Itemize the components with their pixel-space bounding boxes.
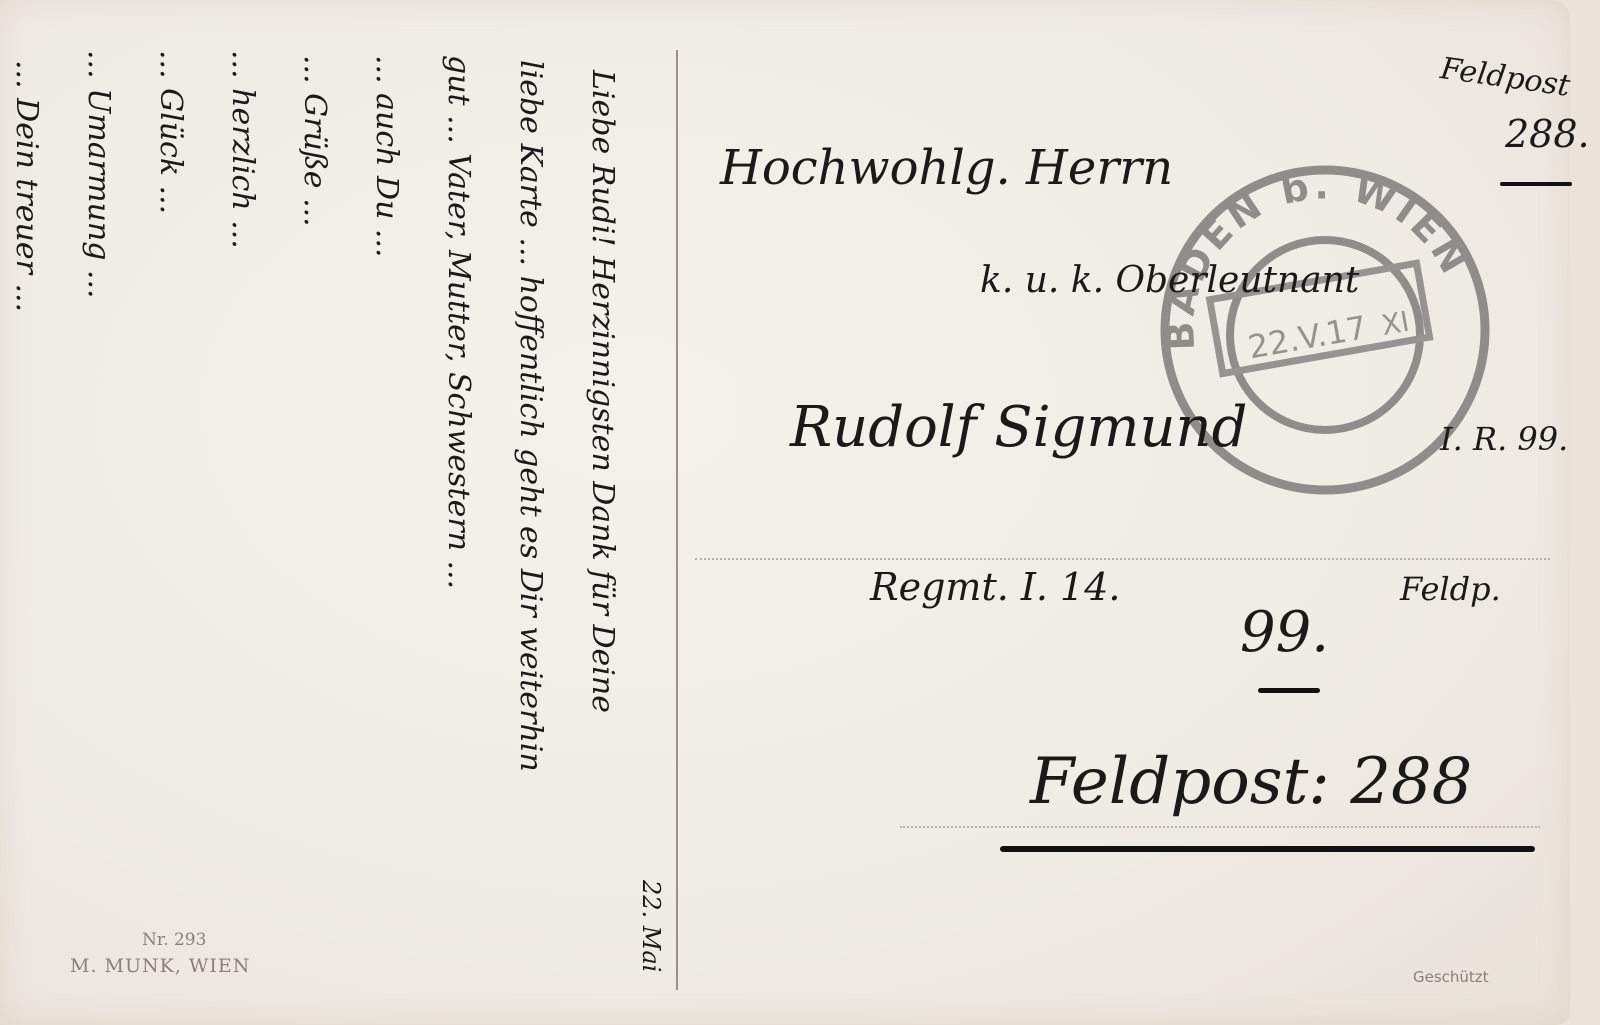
copyright-mark: Geschützt [1413,968,1489,986]
message-line: gut ... Vater, Mutter, Schwestern ... [441,55,476,589]
fraction-underline [1258,688,1320,693]
address-dotted-line-1 [695,558,1550,560]
message-line: ... Umarmung ... [81,50,116,299]
postcard: Liebe Rudi! Herzinnigsten Dank für Deine… [0,0,1570,1025]
message-line: ... herzlich ... [225,50,260,249]
feldpost-note-number: 288. [1505,112,1590,156]
regiment-fraction: 99. [1240,600,1329,665]
message-line: ... auch Du ... [369,55,404,258]
message-line: ... Glück ... [153,50,188,214]
regiment-right: Feldp. [1400,570,1501,608]
recipient-name: Rudolf Sigmund [790,395,1247,460]
unit-suffix: I. R. 99. [1440,420,1568,458]
message-line: ... Grüße ... [297,55,332,227]
publisher-name: M. MUNK, WIEN [70,955,250,977]
feldpost-line: Feldpost: 288 [1030,745,1472,819]
address-dotted-line-2 [900,826,1540,828]
postmark-time: XI [1379,305,1412,342]
feldpost-underline [1000,846,1535,852]
salutation: Hochwohlg. Herrn [720,140,1173,196]
center-divider [676,50,678,990]
note-underline [1500,182,1572,186]
message-line: ... Dein treuer ... [9,60,44,312]
feldpost-note: Feldpost [1438,51,1572,104]
message-line: liebe Karte ... hoffentlich geht es Dir … [513,60,548,772]
message-date: 22. Mai [637,880,665,972]
regiment-left: Regmt. I. 14. [870,565,1121,609]
rank-line: k. u. k. Oberleutnant [980,260,1359,301]
publisher-number: Nr. 293 [142,930,206,950]
message-line: Liebe Rudi! Herzinnigsten Dank für Deine [585,70,620,713]
